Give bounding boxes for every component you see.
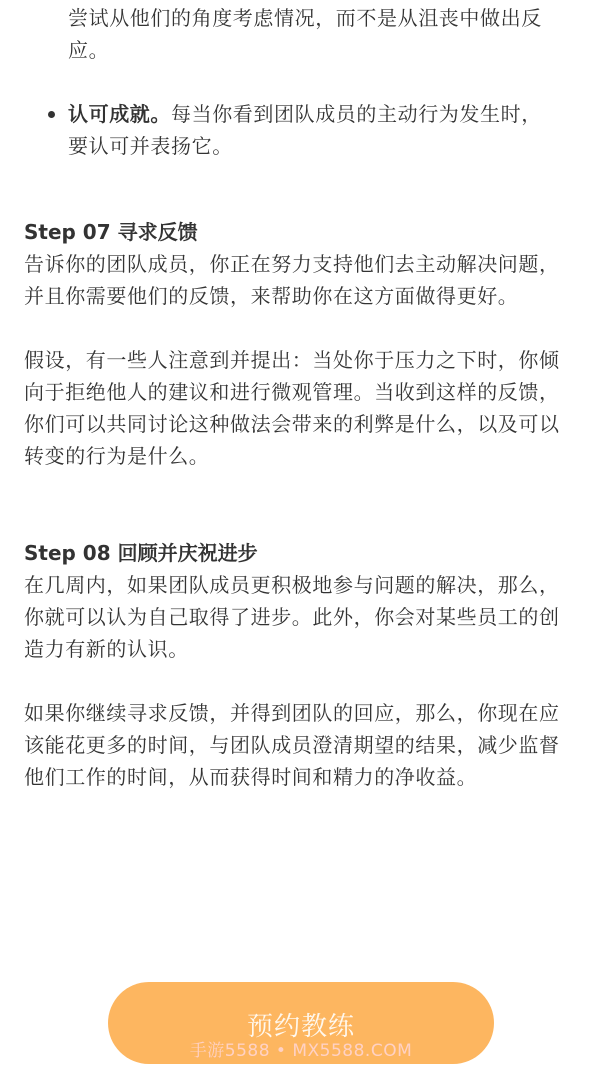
step-07-paragraph-1: 告诉你的团队成员，你正在努力支持他们去主动解决问题，并且你需要他们的反馈，来帮助…: [24, 248, 576, 312]
step-08-paragraph-2: 如果你继续寻求反馈，并得到团队的回应，那么，你现在应该能花更多的时间，与团队成员…: [24, 697, 576, 793]
bullet-continuation-text: 尝试从他们的角度考虑情况，而不是从沮丧中做出反 应。: [68, 2, 576, 66]
cta-container: 预约教练 手游5588 • MX5588.COM: [108, 982, 494, 1064]
step-07-paragraph-2: 假设，有一些人注意到并提出：当处你于压力之下时，你倾向于拒绝他人的建议和进行微观…: [24, 344, 576, 472]
book-coach-button[interactable]: 预约教练: [108, 982, 494, 1064]
step-08-section: Step 08 回顾并庆祝进步 在几周内，如果团队成员更积极地参与问题的解决，那…: [24, 537, 576, 793]
bullet-recognize-text: 认可成就。每当你看到团队成员的主动行为发生时， 要认可并表扬它。: [68, 98, 576, 162]
bullet-continuation: 尝试从他们的角度考虑情况，而不是从沮丧中做出反 应。: [24, 2, 576, 66]
bullet-dot-icon: [48, 111, 55, 118]
step-08-paragraph-1: 在几周内，如果团队成员更积极地参与问题的解决，那么，你就可以认为自己取得了进步。…: [24, 569, 576, 665]
step-08-title: Step 08 回顾并庆祝进步: [24, 537, 576, 569]
step-07-title: Step 07 寻求反馈: [24, 216, 576, 248]
bullet-recognize-heading: 认可成就。: [68, 102, 171, 126]
step-07-section: Step 07 寻求反馈 告诉你的团队成员，你正在努力支持他们去主动解决问题，并…: [24, 216, 576, 472]
bullet-recognize-achievements: 认可成就。每当你看到团队成员的主动行为发生时， 要认可并表扬它。: [24, 98, 576, 162]
